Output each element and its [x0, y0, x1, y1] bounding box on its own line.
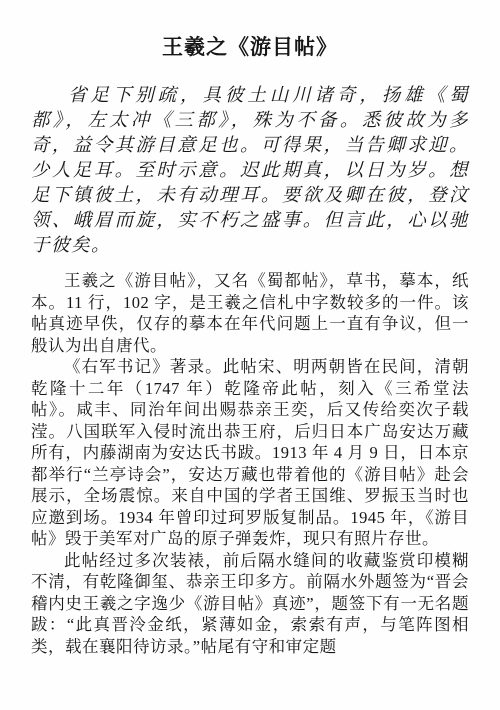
provenance-history-paragraph: 《右军书记》著录。此帖宋、明两朝皆在民间，清朝乾隆十二年（1747 年）乾隆帝此… [31, 356, 469, 550]
document-page: 王羲之《游目帖》 省足下别疏，具彼土山川诸奇，扬雄《蜀都》，左太冲《三都》，殊为… [0, 0, 500, 710]
letter-excerpt-paragraph: 省足下别疏，具彼土山川诸奇，扬雄《蜀都》，左太冲《三都》，殊为不备。悉彼故为多奇… [31, 84, 469, 259]
document-title: 王羲之《游目帖》 [31, 34, 469, 60]
overview-paragraph: 王羲之《游目帖》，又名《蜀都帖》，草书，摹本，纸本。11 行，102 字，是王羲… [31, 270, 469, 356]
mounting-seals-paragraph: 此帖经过多次装裱，前后隔水缝间的收藏鉴赏印模糊不清，有乾隆御玺、恭亲王印多方。前… [31, 550, 469, 658]
